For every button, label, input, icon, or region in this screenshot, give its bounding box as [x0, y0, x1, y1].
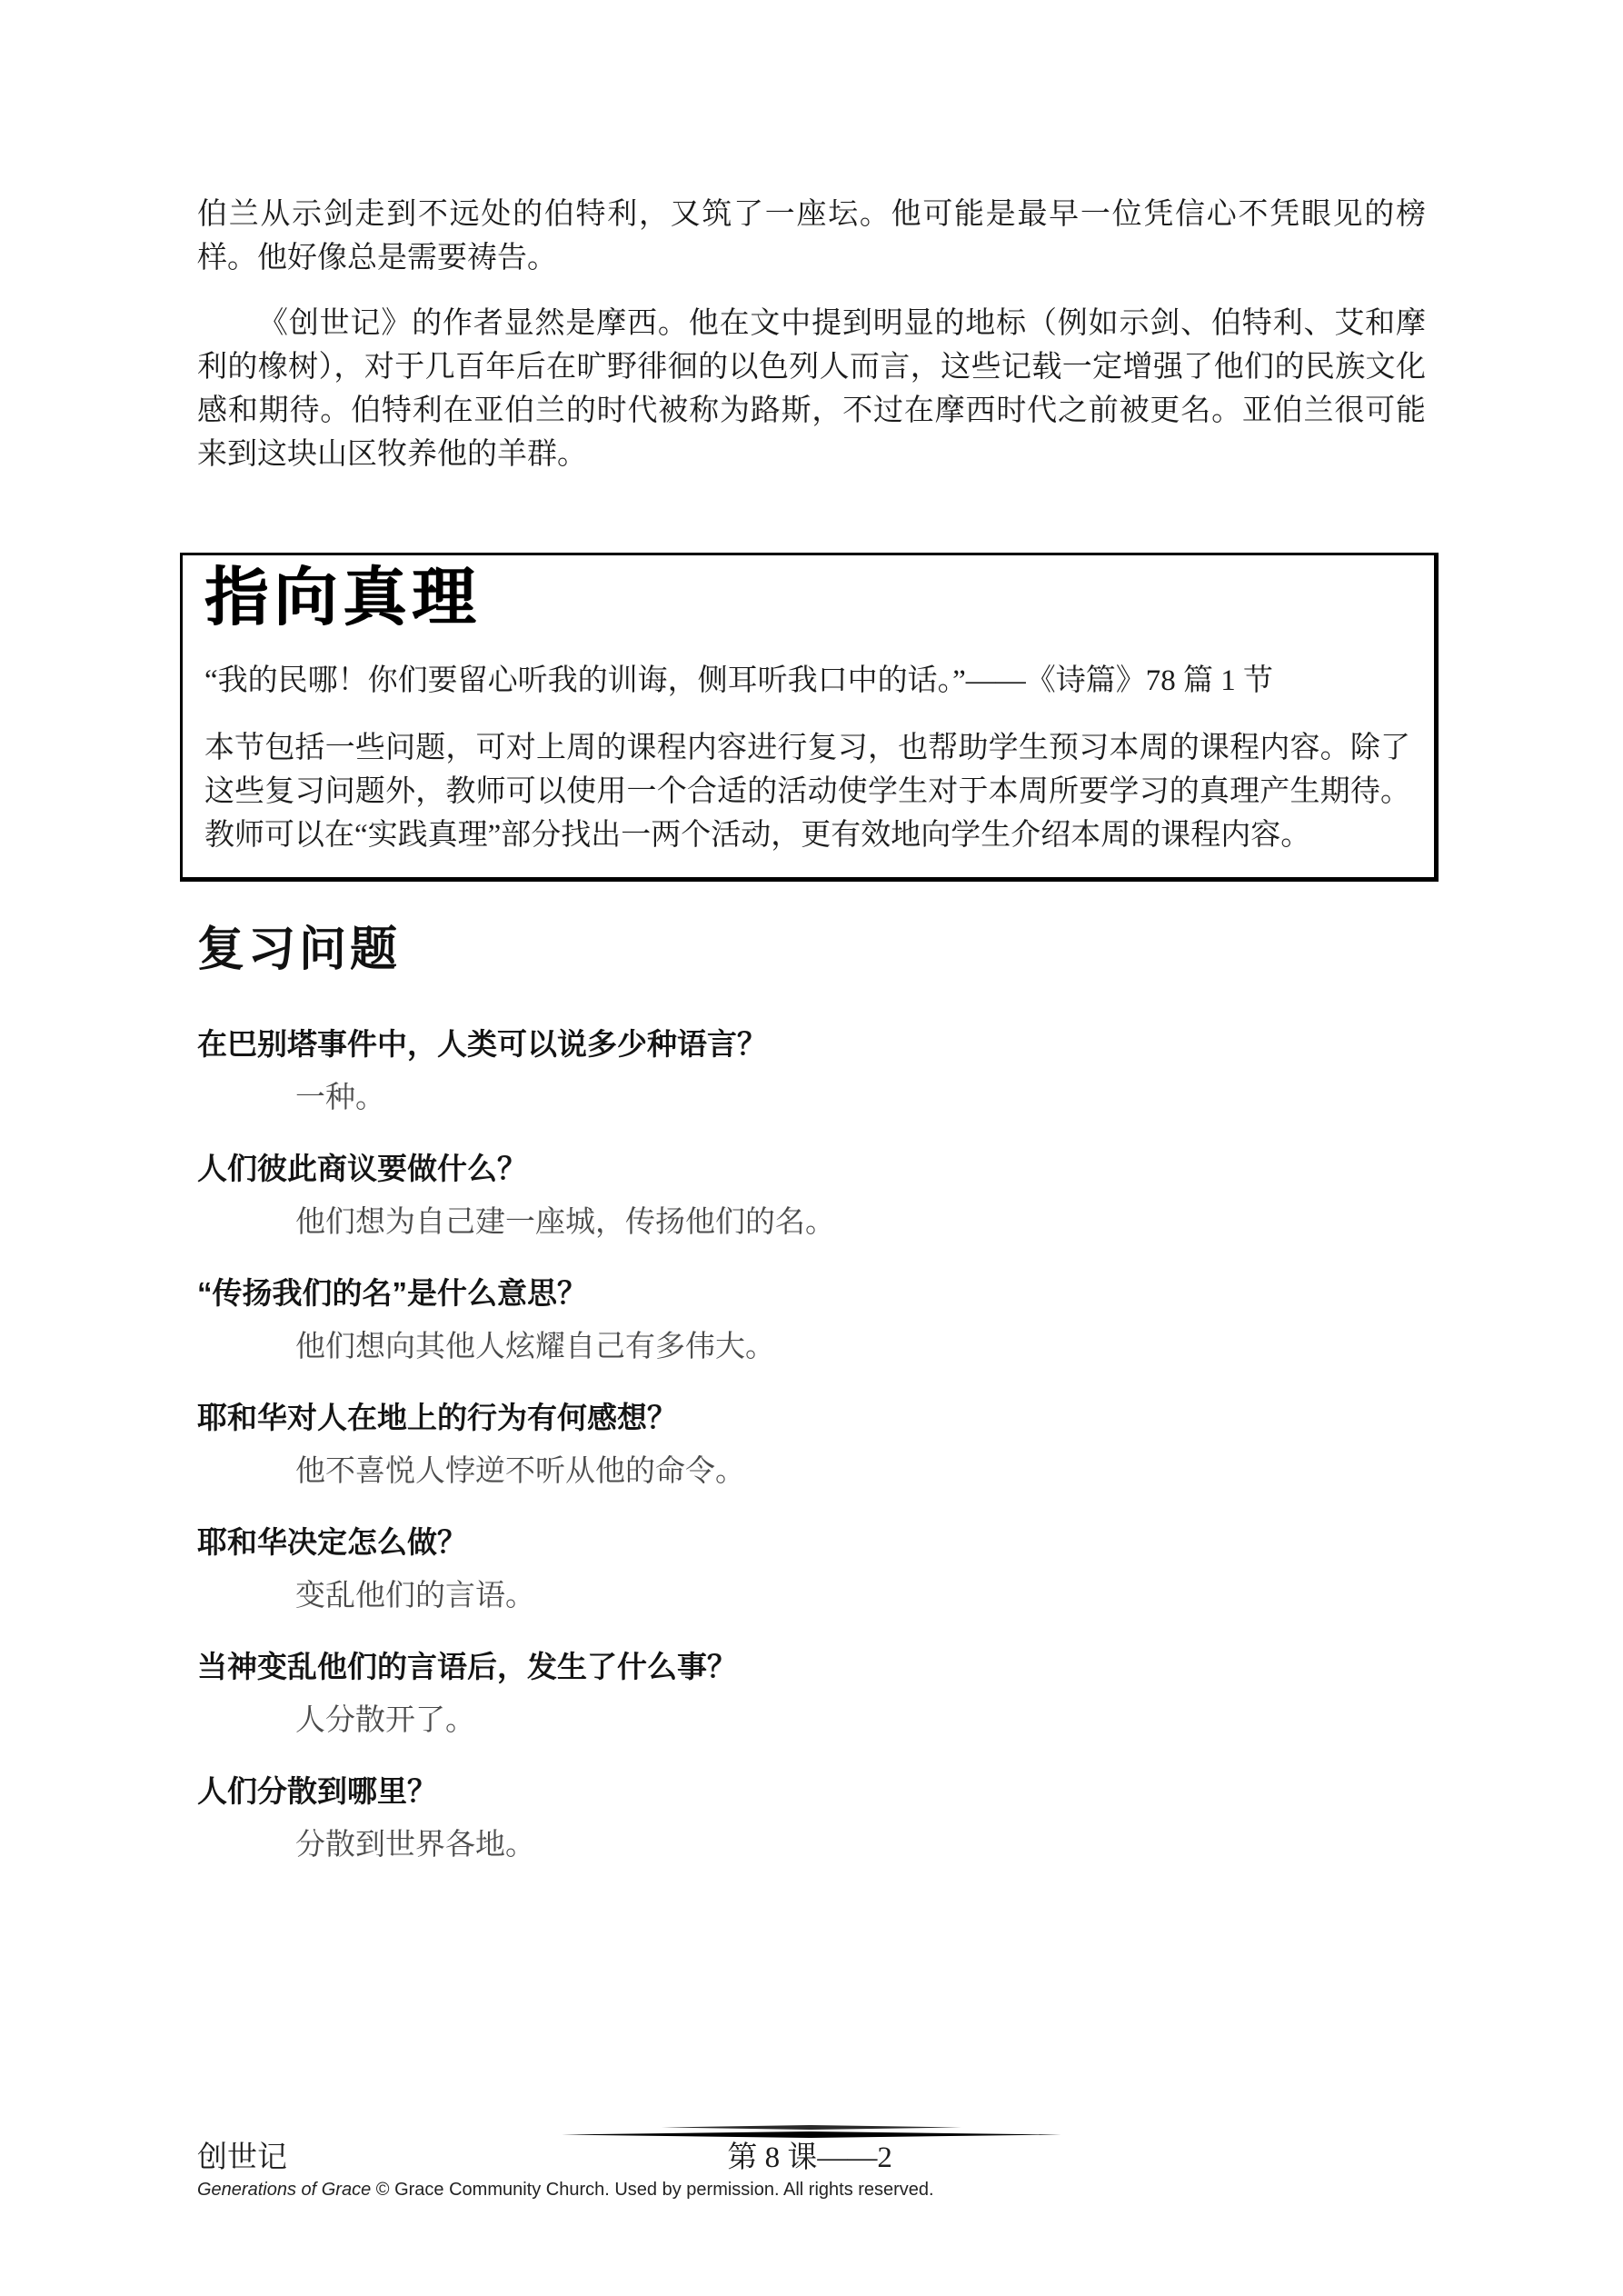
- question-text: 当神变乱他们的言语后，发生了什么事？: [197, 1646, 1426, 1688]
- footer: 创世记 第 8 课——2: [197, 2138, 1426, 2178]
- truth-box-verse: “我的民哪！你们要留心听我的训诲，侧耳听我口中的话。”——《诗篇》78 篇 1 …: [204, 659, 1410, 703]
- question-text: 耶和华对人在地上的行为有何感想？: [197, 1397, 1426, 1439]
- qa-item: 人们彼此商议要做什么？ 他们想为自己建一座城，传扬他们的名。: [197, 1148, 1426, 1243]
- question-text: 在巴别塔事件中，人类可以说多少种语言？: [197, 1023, 1426, 1065]
- answer-text: 分散到世界各地。: [197, 1823, 1426, 1865]
- footer-page-number: 第 8 课——2: [727, 2138, 892, 2178]
- answer-text: 人分散开了。: [197, 1699, 1426, 1741]
- footer-copyright: Generations of Grace © Grace Community C…: [197, 2178, 934, 2201]
- qa-item: 耶和华对人在地上的行为有何感想？ 他不喜悦人悖逆不听从他的命令。: [197, 1397, 1426, 1492]
- answer-text: 他不喜悦人悖逆不听从他的命令。: [197, 1450, 1426, 1492]
- question-text: 人们分散到哪里？: [197, 1771, 1426, 1812]
- intro-paragraph-2: 《创世记》的作者显然是摩西。他在文中提到明显的地标（例如示剑、伯特利、艾和摩利的…: [197, 302, 1426, 476]
- answer-text: 他们想向其他人炫耀自己有多伟大。: [197, 1325, 1426, 1367]
- qa-item: 人们分散到哪里？ 分散到世界各地。: [197, 1771, 1426, 1865]
- footer-book-title: 创世记: [197, 2138, 287, 2178]
- answer-text: 一种。: [197, 1076, 1426, 1118]
- point-to-truth-box: 指向真理 “我的民哪！你们要留心听我的训诲，侧耳听我口中的话。”——《诗篇》78…: [180, 553, 1439, 882]
- page-content: 伯兰从示剑走到不远处的伯特利，又筑了一座坛。他可能是最早一位凭信心不凭眼见的榜样…: [197, 193, 1426, 1895]
- review-question-list: 在巴别塔事件中，人类可以说多少种语言？ 一种。 人们彼此商议要做什么？ 他们想为…: [197, 1023, 1426, 1865]
- qa-item: 在巴别塔事件中，人类可以说多少种语言？ 一种。: [197, 1023, 1426, 1118]
- qa-item: “传扬我们的名”是什么意思？ 他们想向其他人炫耀自己有多伟大。: [197, 1273, 1426, 1367]
- truth-box-title: 指向真理: [204, 564, 1410, 634]
- review-questions-heading: 复习问题: [197, 925, 1426, 976]
- qa-item: 当神变乱他们的言语后，发生了什么事？ 人分散开了。: [197, 1646, 1426, 1741]
- footer-divider-long-line: [562, 2131, 1061, 2138]
- intro-paragraph-1: 伯兰从示剑走到不远处的伯特利，又筑了一座坛。他可能是最早一位凭信心不凭眼见的榜样…: [197, 193, 1426, 280]
- document-page: 伯兰从示剑走到不远处的伯特利，又筑了一座坛。他可能是最早一位凭信心不凭眼见的榜样…: [0, 0, 1623, 2296]
- answer-text: 他们想为自己建一座城，传扬他们的名。: [197, 1201, 1426, 1243]
- answer-text: 变乱他们的言语。: [197, 1574, 1426, 1616]
- question-text: 人们彼此商议要做什么？: [197, 1148, 1426, 1190]
- question-text: “传扬我们的名”是什么意思？: [197, 1273, 1426, 1314]
- copyright-series-name: Generations of Grace: [197, 2180, 371, 2200]
- footer-divider-short-line: [662, 2125, 961, 2130]
- copyright-text: © Grace Community Church. Used by permis…: [371, 2180, 933, 2200]
- truth-box-description: 本节包括一些问题，可对上周的课程内容进行复习，也帮助学生预习本周的课程内容。除了…: [204, 726, 1410, 857]
- question-text: 耶和华决定怎么做？: [197, 1522, 1426, 1563]
- qa-item: 耶和华决定怎么做？ 变乱他们的言语。: [197, 1522, 1426, 1616]
- footer-divider: [0, 2125, 1623, 2138]
